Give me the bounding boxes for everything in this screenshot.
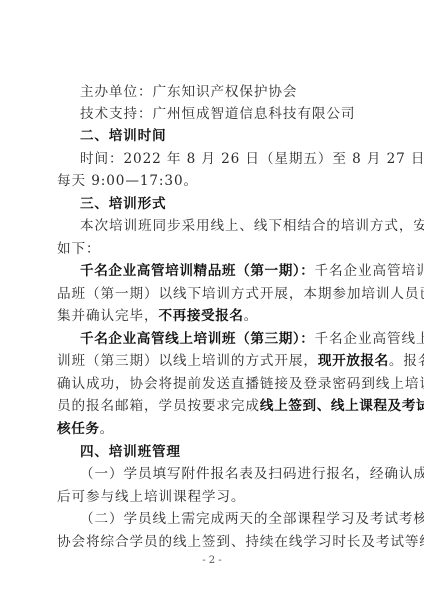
section-heading-management: 四、培训班管理 bbox=[80, 444, 181, 460]
management-p2-line-2: 协会将综合学员的线上签到、持续在线学习时长及考试等结果， bbox=[57, 534, 424, 550]
class3-line-2: 训班（第三期）以线上培训的方式开展，现开放报名。报名经 bbox=[57, 353, 424, 369]
class3-period: 。 bbox=[100, 421, 115, 437]
class3-text-end: 。报名经 bbox=[389, 353, 424, 369]
time-line-2: 每天 9:00—17:30。 bbox=[57, 173, 198, 189]
class1-line-1: 千名企业高管培训精品班（第一期）：千名企业高管培训精 bbox=[80, 263, 424, 279]
class1-no-registration: 不再接受报名 bbox=[158, 308, 243, 324]
document-page: 主办单位：广东知识产权保护协会 技术支持：广州恒成智道信息科技有限公司 二、培训… bbox=[0, 0, 424, 600]
management-p2-line-1: （二）学员线上需完成两天的全部课程学习及考试考核， bbox=[80, 511, 424, 527]
management-p1-line-1: （一）学员填写附件报名表及扫码进行报名，经确认成功 bbox=[80, 466, 424, 482]
class3-open-registration: 现开放报名 bbox=[318, 353, 389, 369]
class1-line-3: 集并确认完毕，不再接受报名。 bbox=[57, 308, 258, 324]
class3-line-5: 核任务。 bbox=[57, 421, 114, 437]
class3-line-1: 千名企业高管线上培训班（第三期）：千名企业高管线上培 bbox=[80, 331, 424, 347]
class3-tasks: 线上签到、线上课程及考试考 bbox=[260, 398, 424, 414]
class1-text: 千名企业高管培训精 bbox=[315, 263, 424, 279]
format-intro-line-2: 如下： bbox=[57, 241, 100, 257]
management-p1-line-2: 后可参与线上培训课程学习。 bbox=[57, 489, 245, 505]
class1-title: 千名企业高管培训精品班（第一期）： bbox=[80, 263, 315, 279]
page-number: - 2 - bbox=[0, 555, 424, 566]
class3-line-4: 员的报名邮箱，学员按要求完成线上签到、线上课程及考试考 bbox=[57, 398, 424, 414]
tech-support-line: 技术支持：广州恒成智道信息科技有限公司 bbox=[80, 106, 355, 122]
class1-text-pre: 集并确认完毕， bbox=[57, 308, 158, 324]
class3-text-pre-2: 员的报名邮箱，学员按要求完成 bbox=[57, 398, 260, 414]
class3-title: 千名企业高管线上培训班（第三期）： bbox=[80, 331, 315, 347]
organizer-line: 主办单位：广东知识产权保护协会 bbox=[80, 84, 297, 100]
class1-line-2: 品班（第一期）以线下培训方式开展，本期参加培训人员已征 bbox=[57, 286, 424, 302]
section-heading-format: 三、培训形式 bbox=[80, 196, 166, 212]
time-line-1: 时间：2022 年 8 月 26 日（星期五）至 8 月 27 日（星期六）， bbox=[80, 151, 424, 167]
class1-text-end: 。 bbox=[244, 308, 259, 324]
class3-tasks-end: 核任务 bbox=[57, 421, 100, 437]
format-intro-line-1: 本次培训班同步采用线上、线下相结合的培训方式，安排 bbox=[80, 218, 424, 234]
class3-text: 千名企业高管线上培 bbox=[315, 331, 424, 347]
section-heading-time: 二、培训时间 bbox=[80, 128, 166, 144]
class3-line-3: 确认成功，协会将提前发送直播链接及登录密码到线上培训学 bbox=[57, 376, 424, 392]
class3-text-pre: 训班（第三期）以线上培训的方式开展， bbox=[57, 353, 318, 369]
